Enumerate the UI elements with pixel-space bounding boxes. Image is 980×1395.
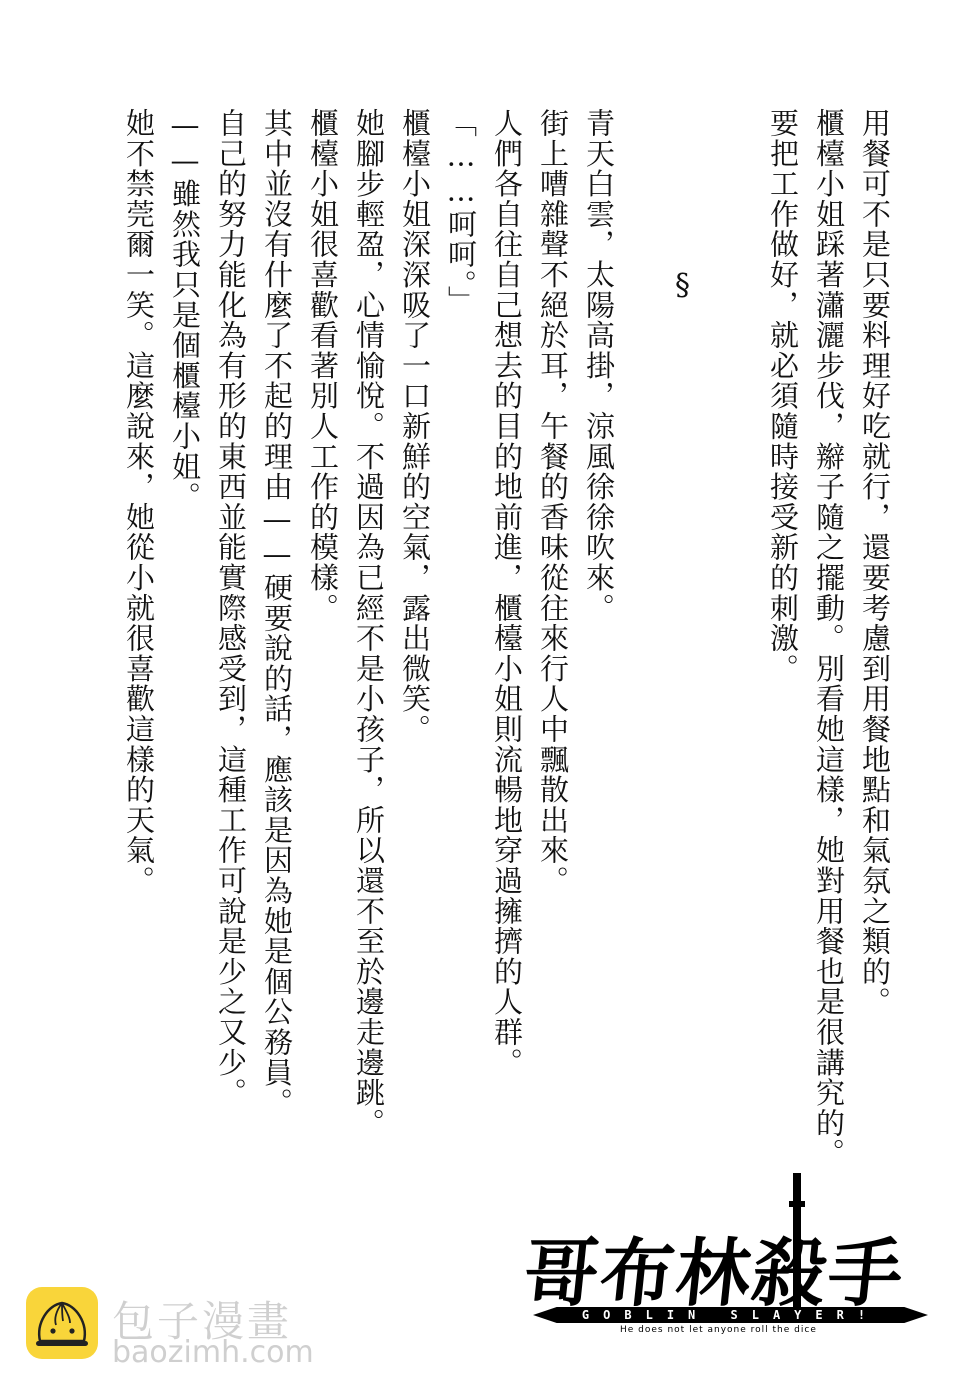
dialogue-column: 「……呵呵。」 xyxy=(444,108,477,316)
logo-title: 哥布林殺手 xyxy=(519,1215,910,1321)
logo-band: GOBLIN SLAYER! xyxy=(533,1307,928,1323)
text-column-14: 她不禁莞爾一笑。這麼說來，她從小就很喜歡這樣的天氣。 xyxy=(122,108,155,896)
text-column-1: 用餐可不是只要料理好吃就行，還要考慮到用餐地點和氣氛之類的。 xyxy=(858,108,891,1017)
bun-mascot-icon xyxy=(26,1287,98,1359)
novel-page: 用餐可不是只要料理好吃就行，還要考慮到用餐地點和氣氛之類的。 櫃檯小姐踩著瀟灑步… xyxy=(0,0,980,1395)
text-column-12: 自己的努力能化為有形的東西並能實際感受到，這種工作可說是少之又少。 xyxy=(214,108,247,1108)
text-column-4: 青天白雲，太陽高掛，涼風徐徐吹來。 xyxy=(582,108,615,623)
section-break-mark: § xyxy=(675,268,690,303)
text-column-3: 要把工作做好，就必須隨時接受新的刺激。 xyxy=(766,108,799,684)
text-column-11: 其中並沒有什麼了不起的理由——硬要說的話，應該是因為她是個公務員。 xyxy=(260,108,293,1118)
goblin-slayer-logo: 哥布林殺手 GOBLIN SLAYER! He does not let any… xyxy=(515,1165,930,1350)
text-column-10: 櫃檯小姐很喜歡看著別人工作的模樣。 xyxy=(306,108,339,623)
watermark-url: baozimh.com xyxy=(112,1335,314,1370)
text-column-5: 街上嘈雜聲不絕於耳，午餐的香味從往來行人中飄散出來。 xyxy=(536,108,569,896)
text-column-9: 她腳步輕盈，心情愉悅。不過因為已經不是小孩子，所以還不至於邊走邊跳。 xyxy=(352,108,385,1138)
text-column-6: 人們各自往自己想去的目的地前進，櫃檯小姐則流暢地穿過擁擠的人群。 xyxy=(490,108,523,1078)
logo-subtitle: He does not let anyone roll the dice xyxy=(620,1325,817,1335)
site-watermark: 包子漫畫 baozimh.com xyxy=(26,1285,326,1375)
text-column-2: 櫃檯小姐踩著瀟灑步伐，辮子隨之擺動。別看她這樣，她對用餐也是很講究的。 xyxy=(812,108,845,1169)
text-column-13: ——雖然我只是個櫃檯小姐。 xyxy=(168,108,201,512)
text-column-8: 櫃檯小姐深深吸了一口新鮮的空氣，露出微笑。 xyxy=(398,108,431,744)
